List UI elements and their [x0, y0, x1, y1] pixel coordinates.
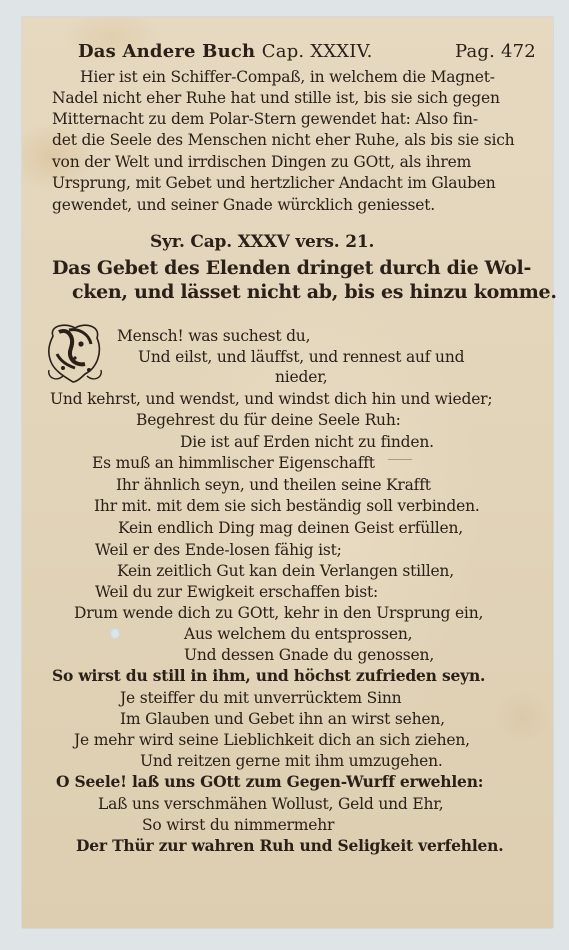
poem-line: Laß uns verschmähen Wollust, Geld und Eh… — [98, 794, 443, 814]
intro-line: gewendet, und seiner Gnade würcklich gen… — [52, 195, 435, 215]
poem-line: Es muß an himmlischer Eigenschafft — [92, 453, 375, 473]
paper-hole — [110, 628, 120, 639]
poem-line: Weil du zur Ewigkeit erschaffen bist: — [95, 582, 378, 602]
poem-line: Ihr mit. mit dem sie sich beständig soll… — [94, 496, 480, 516]
poem-line: Und kehrst, und wendst, und windst dich … — [50, 389, 492, 409]
poem-line: Je mehr wird seine Lieblichkeit dich an … — [74, 730, 470, 750]
ornamental-drop-cap — [45, 322, 105, 384]
intro-line: det die Seele des Menschen nicht eher Ru… — [52, 130, 514, 150]
book-title: Das Andere Buch — [78, 41, 255, 62]
printer-mark — [388, 459, 412, 460]
poem-line: Die ist auf Erden nicht zu finden. — [180, 432, 434, 452]
intro-line: Ursprung, mit Gebet und hertzlicher Anda… — [52, 173, 496, 193]
poem-line: Und dessen Gnade du genossen, — [184, 645, 434, 665]
scripture-line: Das Gebet des Elenden dringet durch die … — [52, 258, 531, 278]
chapter-label: Cap. XXXIV. — [262, 41, 373, 62]
poem-line: nieder, — [275, 367, 327, 387]
page-number: Pag. 472 — [455, 42, 536, 62]
poem-line: Je steiffer du mit unverrücktem Sinn — [120, 688, 401, 708]
scripture-reference: Syr. Cap. XXXV vers. 21. — [150, 232, 374, 252]
poem-line: Aus welchem du entsprossen, — [184, 624, 412, 644]
scripture-line: cken, und lässet nicht ab, bis es hinzu … — [72, 282, 557, 302]
poem-line: Im Glauben und Gebet ihn an wirst sehen, — [120, 709, 445, 729]
running-head: Das Andere Buch Cap. XXXIV. — [78, 42, 373, 62]
poem-line: Ihr ähnlich seyn, und theilen seine Kraf… — [116, 475, 431, 495]
poem-line: Und reitzen gerne mit ihm umzugehen. — [140, 751, 443, 771]
poem-line: Kein zeitlich Gut kan dein Verlangen sti… — [117, 561, 454, 581]
intro-line: Mitternacht zu dem Polar-Stern gewendet … — [52, 109, 478, 129]
poem-line: O Seele! laß uns GOtt zum Gegen-Wurff er… — [56, 772, 483, 792]
poem-line: Begehrest du für deine Seele Ruh: — [136, 410, 401, 430]
intro-line: Hier ist ein Schiffer-Compaß, in welchem… — [80, 67, 495, 87]
intro-line: Nadel nicht eher Ruhe hat und stille ist… — [52, 88, 500, 108]
drop-cap-o-icon — [45, 322, 105, 384]
poem-line: Kein endlich Ding mag deinen Geist erfül… — [118, 518, 463, 538]
poem-line: Drum wende dich zu GOtt, kehr in den Urs… — [74, 603, 483, 623]
poem-line: Mensch! was suchest du, — [117, 326, 310, 346]
poem-line: Weil er des Ende-losen fähig ist; — [95, 540, 342, 560]
intro-line: von der Welt und irrdischen Dingen zu GO… — [52, 152, 471, 172]
poem-line: So wirst du still in ihm, und höchst zuf… — [52, 666, 485, 686]
poem-line: Der Thür zur wahren Ruh und Seligkeit ve… — [76, 836, 503, 856]
poem-line: Und eilst, und läuffst, und rennest auf … — [138, 347, 464, 367]
poem-line: So wirst du nimmermehr — [142, 815, 334, 835]
